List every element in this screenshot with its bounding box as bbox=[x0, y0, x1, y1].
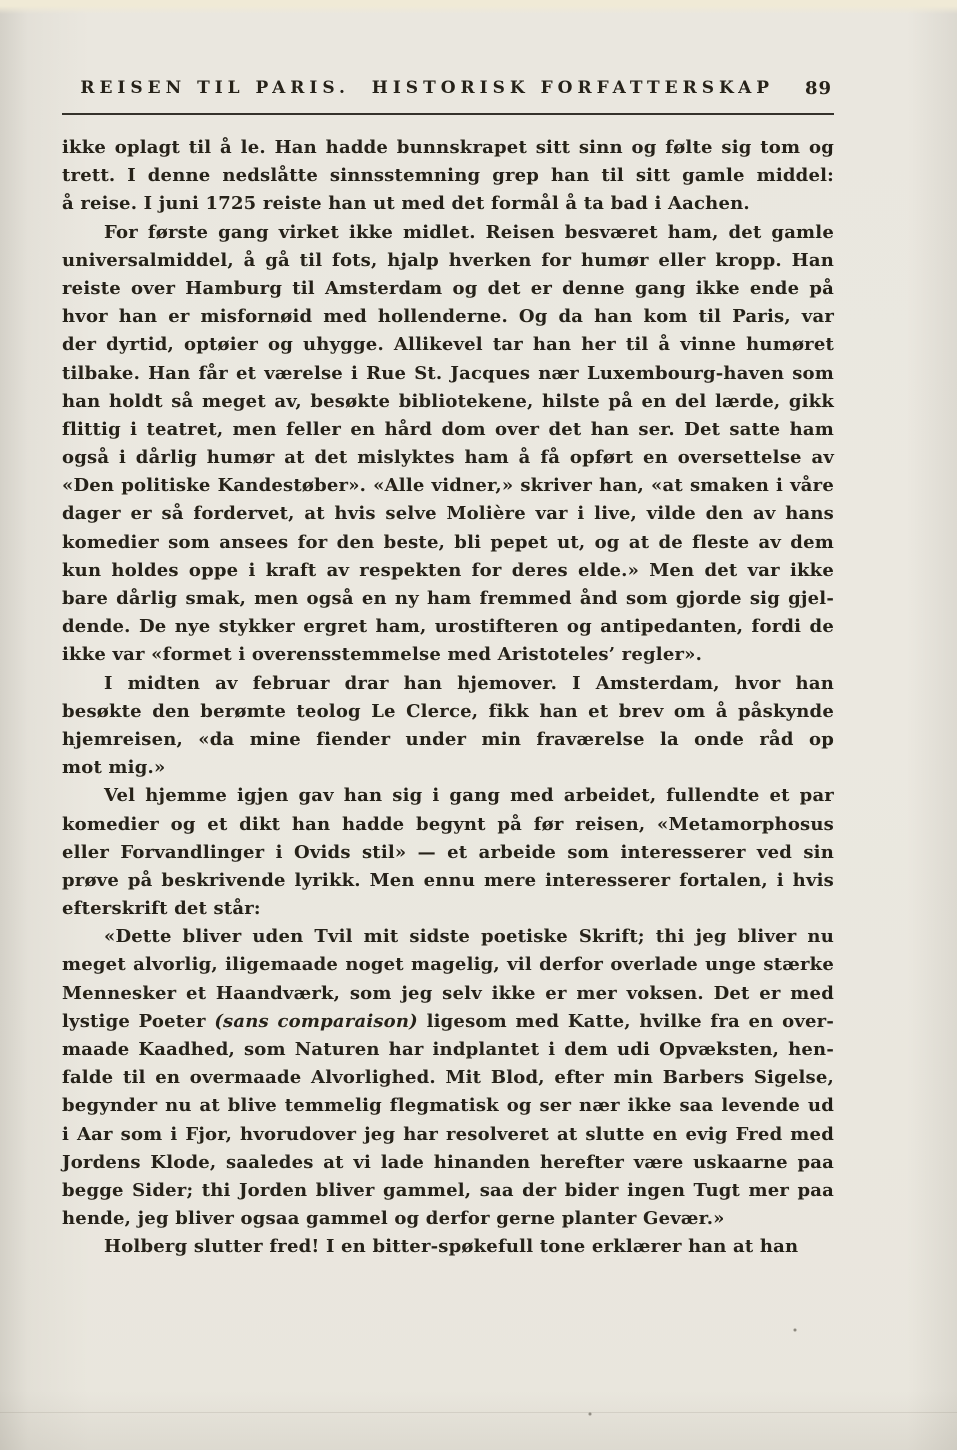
text-line: meget alvorlig, iligemaade noget magelig… bbox=[62, 951, 834, 979]
text-line: Mennesker et Haandværk, som jeg selv ikk… bbox=[62, 980, 834, 1008]
text-segment: lystige Poeter bbox=[62, 1011, 214, 1032]
text-line: der dyrtid, optøier og uhygge. Allikevel… bbox=[62, 331, 834, 359]
paragraph: For første gang virket ikke midlet. Reis… bbox=[62, 219, 834, 670]
text-line: tilbake. Han får et værelse i Rue St. Ja… bbox=[62, 360, 834, 388]
text-line: ikke oplagt til å le. Han hadde bunnskra… bbox=[62, 134, 834, 162]
running-header-title: REISEN TIL PARIS. HISTORISK FORFATTERSKA… bbox=[80, 78, 774, 98]
text-column: REISEN TIL PARIS. HISTORISK FORFATTERSKA… bbox=[62, 76, 834, 1262]
text-line: hende, jeg bliver ogsaa gammel og derfor… bbox=[62, 1205, 834, 1233]
page-body: ikke oplagt til å le. Han hadde bunnskra… bbox=[62, 134, 834, 1262]
text-line: Vel hjemme igjen gav han sig i gang med … bbox=[62, 782, 834, 810]
text-line: For første gang virket ikke midlet. Reis… bbox=[62, 219, 834, 247]
text-line: også i dårlig humør at det mislyktes ham… bbox=[62, 444, 834, 472]
text-line: «Den politiske Kandestøber». «Alle vidne… bbox=[62, 472, 834, 500]
text-line: komedier og et dikt han hadde begynt på … bbox=[62, 811, 834, 839]
text-line: hvor han er misfornøid med hollenderne. … bbox=[62, 303, 834, 331]
text-line: han holdt så meget av, besøkte bibliotek… bbox=[62, 388, 834, 416]
text-line: eller Forvandlinger i Ovids stil» — et a… bbox=[62, 839, 834, 867]
text-line: Holberg slutter fred! I en bitter-spøkef… bbox=[62, 1233, 834, 1261]
paragraph: Vel hjemme igjen gav han sig i gang med … bbox=[62, 782, 834, 923]
text-line: universalmiddel, å gå til fots, hjalp hv… bbox=[62, 247, 834, 275]
text-line: begge Sider; thi Jorden bliver gammel, s… bbox=[62, 1177, 834, 1205]
text-line: å reise. I juni 1725 reiste han ut med d… bbox=[62, 190, 834, 218]
text-line: falde til en overmaade Alvorlighed. Mit … bbox=[62, 1064, 834, 1092]
paragraph: «Dette bliver uden Tvil mit sidste poeti… bbox=[62, 923, 834, 1233]
running-header: REISEN TIL PARIS. HISTORISK FORFATTERSKA… bbox=[62, 76, 834, 108]
page-number: 89 bbox=[805, 78, 832, 99]
text-line: ikke var «formet i overensstemmelse med … bbox=[62, 641, 834, 669]
text-line: komedier som ansees for den beste, bli p… bbox=[62, 529, 834, 557]
text-line: dende. De nye stykker ergret ham, urosti… bbox=[62, 613, 834, 641]
text-line: mot mig.» bbox=[62, 754, 834, 782]
text-line: hjemreisen, «da mine fiender under min f… bbox=[62, 726, 834, 754]
text-line: trett. I denne nedslåtte sinnsstemning g… bbox=[62, 162, 834, 190]
paragraph: Holberg slutter fred! I en bitter-spøkef… bbox=[62, 1233, 834, 1261]
text-line: besøkte den berømte teolog Le Clerce, fi… bbox=[62, 698, 834, 726]
paragraph: I midten av februar drar han hjemover. I… bbox=[62, 670, 834, 783]
text-line: reiste over Hamburg til Amsterdam og det… bbox=[62, 275, 834, 303]
text-line: «Dette bliver uden Tvil mit sidste poeti… bbox=[62, 923, 834, 951]
text-line: bare dårlig smak, men også en ny ham fre… bbox=[62, 585, 834, 613]
text-line: dager er så fordervet, at hvis selve Mol… bbox=[62, 500, 834, 528]
text-line: Jordens Klode, saaledes at vi lade hinan… bbox=[62, 1149, 834, 1177]
italic-phrase: (sans comparaison) bbox=[214, 1011, 418, 1032]
text-line: lystige Poeter (sans comparaison) ligeso… bbox=[62, 1008, 834, 1036]
text-line: efterskrift det står: bbox=[62, 895, 834, 923]
book-page: REISEN TIL PARIS. HISTORISK FORFATTERSKA… bbox=[0, 0, 957, 1450]
text-line: begynder nu at blive temmelig flegmatisk… bbox=[62, 1092, 834, 1120]
text-line: flittig i teatret, men feller en hård do… bbox=[62, 416, 834, 444]
text-line: i Aar som i Fjor, hvorudover jeg har res… bbox=[62, 1121, 834, 1149]
text-segment: ligesom med Katte, hvilke fra en over- bbox=[418, 1011, 834, 1032]
text-line: kun holdes oppe i kraft av respekten for… bbox=[62, 557, 834, 585]
text-line: maade Kaadhed, som Naturen har indplante… bbox=[62, 1036, 834, 1064]
paragraph: ikke oplagt til å le. Han hadde bunnskra… bbox=[62, 134, 834, 219]
text-line: prøve på beskrivende lyrikk. Men ennu me… bbox=[62, 867, 834, 895]
text-line: I midten av februar drar han hjemover. I… bbox=[62, 670, 834, 698]
header-rule bbox=[62, 113, 834, 115]
